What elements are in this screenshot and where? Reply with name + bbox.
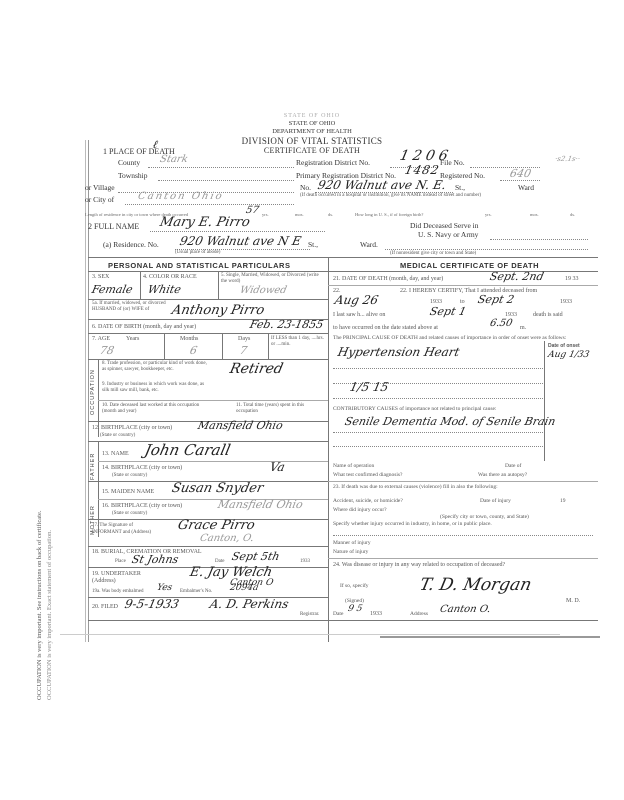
operation-label: Name of operation — [333, 463, 374, 469]
attended-from-value: Aug 26 — [334, 293, 380, 307]
contributory-value: Senile Dementia Mod. of Senile Brain — [344, 415, 557, 428]
registered-no-value: 640 — [509, 167, 533, 180]
address-note: (If death occurred in a hospital or inst… — [300, 193, 481, 198]
burial-year: 1933 — [300, 559, 310, 564]
informant-address: Canton, O. — [199, 533, 255, 544]
specify-injury-label: Specify whether injury occurred in indus… — [333, 521, 492, 527]
trade-label: 8. Trade profession, or particular kind … — [102, 361, 212, 373]
external-causes-label: 23. If death was due to external causes … — [333, 484, 593, 491]
time-value: 6.50 — [489, 318, 514, 329]
undertaker-label: 19. UNDERTAKER (Address) — [92, 571, 152, 585]
physician-address: Canton O. — [439, 604, 492, 615]
residence-value: 920 Walnut ave N E — [179, 234, 303, 248]
cause-note: 1/5 15 — [349, 380, 390, 394]
served-label-2: U. S. Navy or Army — [418, 230, 478, 239]
primary-district-value: 1482 — [404, 163, 442, 177]
embalmer-label: Embalmer's No. — [180, 589, 212, 594]
birthplace-label: 12. BIRTHPLACE (city or town) — [92, 425, 172, 431]
full-name-value: Mary E. Pirro — [158, 215, 251, 230]
served-label: Did Deceased Serve in — [410, 221, 479, 230]
cause-label: The PRINCIPAL CAUSE OF DEATH and related… — [333, 335, 593, 342]
faded-header: STATE OF OHIO — [0, 113, 624, 119]
dod-value: Sept. 2nd — [489, 270, 545, 283]
nonresident-note: (If nonresident give city or town and St… — [390, 251, 476, 256]
manner-label: Manner of injury — [333, 540, 371, 546]
marital-value: Widowed — [239, 285, 288, 296]
sign-date-value: 9 5 — [347, 604, 363, 614]
if-so-label: If so, specify — [340, 583, 369, 589]
injury-date-label: Date of injury — [480, 498, 511, 504]
onset-value: Aug 1/33 — [547, 350, 590, 360]
certify-label: 22. I HEREBY CERTIFY, That I attended de… — [400, 288, 537, 294]
dob-value: Feb. 23-1855 — [249, 318, 325, 331]
department-header: DEPARTMENT OF HEALTH — [0, 128, 624, 135]
spouse-label: 5a. If married, widowed, or divorced HUS… — [92, 301, 172, 313]
informant-label: 17. The Signature of INFORMANT and (Addr… — [92, 522, 162, 536]
dod-year: 19 33 — [565, 276, 579, 282]
last-saw-value: Sept 1 — [429, 305, 468, 318]
township-label: Township — [118, 171, 147, 180]
mother-maiden-value: Susan Snyder — [170, 481, 264, 496]
burial-place-value: St Johns — [131, 553, 180, 566]
occurred-label: to have occurred on the date stated abov… — [333, 325, 438, 331]
embalmer-no-value: 2094a — [229, 583, 259, 593]
embalmed-value: Yes — [156, 583, 173, 593]
occupation-question: 24. Was disease or injury in any way rel… — [333, 562, 505, 568]
nature-label: Nature of injury — [333, 549, 368, 555]
file-no-label: File No. — [440, 158, 465, 167]
contributory-label: CONTRIBUTORY CAUSES of importance not re… — [333, 406, 533, 413]
less-than-day-label: If LESS than 1 day, ....hrs. or ....min. — [271, 336, 326, 348]
marital-label: 5. Single, Married, Widowed, or Divorced… — [221, 273, 325, 285]
embalmed-label: 19a. Was body embalmed — [92, 589, 143, 594]
dod-label: 21. DATE OF DEATH (month, day, and year) — [333, 276, 443, 282]
test-label: What test confirmed diagnosis? — [333, 472, 403, 478]
mother-birthplace-value: Mansfield Ohio — [217, 498, 304, 511]
where-injury-label: Where did injury occur? — [333, 507, 387, 513]
principal-cause-value: Hypertension Heart — [337, 345, 461, 359]
father-name-label: 13. NAME — [102, 451, 129, 457]
onset-label: Date of onset — [548, 343, 580, 349]
foreign-birth-label: How long in U. S., if of foreign birth? — [355, 212, 423, 217]
ward-label: Ward — [518, 183, 534, 192]
city-value: Canton Ohio — [137, 191, 225, 202]
filed-label: 20. FILED — [92, 604, 118, 610]
mother-maiden-label: 15. MAIDEN NAME — [102, 489, 154, 495]
address-label: No. — [300, 183, 311, 192]
father-birthplace-label: 14. BIRTHPLACE (city or town) — [102, 465, 182, 471]
county-label: County — [118, 158, 140, 167]
father-birthplace-value: Va — [269, 460, 287, 474]
registrar-signature: A. D. Perkins — [209, 597, 290, 611]
county-value: Stark — [159, 154, 189, 165]
filed-value: 9-5-1933 — [124, 597, 181, 611]
margin-instruction-2: OCCUPATION is very important. Exact stat… — [46, 530, 53, 700]
residence-label: (a) Residence. No. — [103, 240, 159, 249]
physician-signature: T. D. Morgan — [418, 575, 533, 595]
address-value: 920 Walnut ave N. E. — [317, 178, 448, 192]
sex-label: 3. SEX — [92, 274, 109, 280]
state-header: STATE OF OHIO — [0, 120, 624, 127]
age-label: 7. AGE — [92, 336, 110, 342]
autopsy-label: Was there an autopsy? — [478, 472, 527, 478]
full-name-label: 2 FULL NAME — [88, 222, 139, 231]
dob-label: 6. DATE OF BIRTH (month, day and year) — [92, 324, 196, 330]
accident-label: Accident, suicide, or homicide? — [333, 498, 403, 504]
attended-to-value: Sept 2 — [477, 293, 516, 306]
last-worked-label: 10. Date deceased last worked at this oc… — [102, 403, 212, 415]
occupation-vertical-label: OCCUPATION — [90, 369, 96, 415]
margin-instruction-1: OCCUPATION is very important. See instru… — [36, 511, 43, 701]
city-label: or City of — [85, 195, 114, 204]
birthplace-value: Mansfield Ohio — [197, 419, 284, 432]
industry-label: 9. Industry or business in which work wa… — [102, 382, 212, 394]
burial-date-value: Sept 5th — [231, 550, 281, 563]
reg-district-label: Registration District No. — [296, 158, 370, 167]
st-label: St., — [455, 183, 465, 192]
race-value: White — [147, 283, 183, 296]
total-time-label: 11. Total time (years) spent in this occ… — [236, 403, 326, 415]
race-label: 4. COLOR OR RACE — [143, 274, 197, 280]
spouse-value: Anthony Pirro — [170, 303, 265, 318]
village-label: or Village — [85, 183, 115, 192]
trade-value: Retired — [228, 361, 284, 377]
sex-value: Female — [91, 283, 134, 296]
age-years-value: 78 — [99, 344, 116, 357]
last-saw-label: I last saw h... alive on — [333, 312, 385, 318]
personal-section-title: PERSONAL AND STATISTICAL PARTICULARS — [108, 261, 290, 270]
informant-value: Grace Pirro — [176, 518, 256, 533]
father-name-value: John Carall — [143, 441, 232, 459]
medical-section-title: MEDICAL CERTIFICATE OF DEATH — [400, 261, 539, 270]
residence-note: (Usual place of abode) — [175, 250, 220, 255]
mother-birthplace-label: 16. BIRTHPLACE (city or town) — [102, 503, 182, 509]
father-vertical-label: FATHER — [90, 453, 96, 480]
